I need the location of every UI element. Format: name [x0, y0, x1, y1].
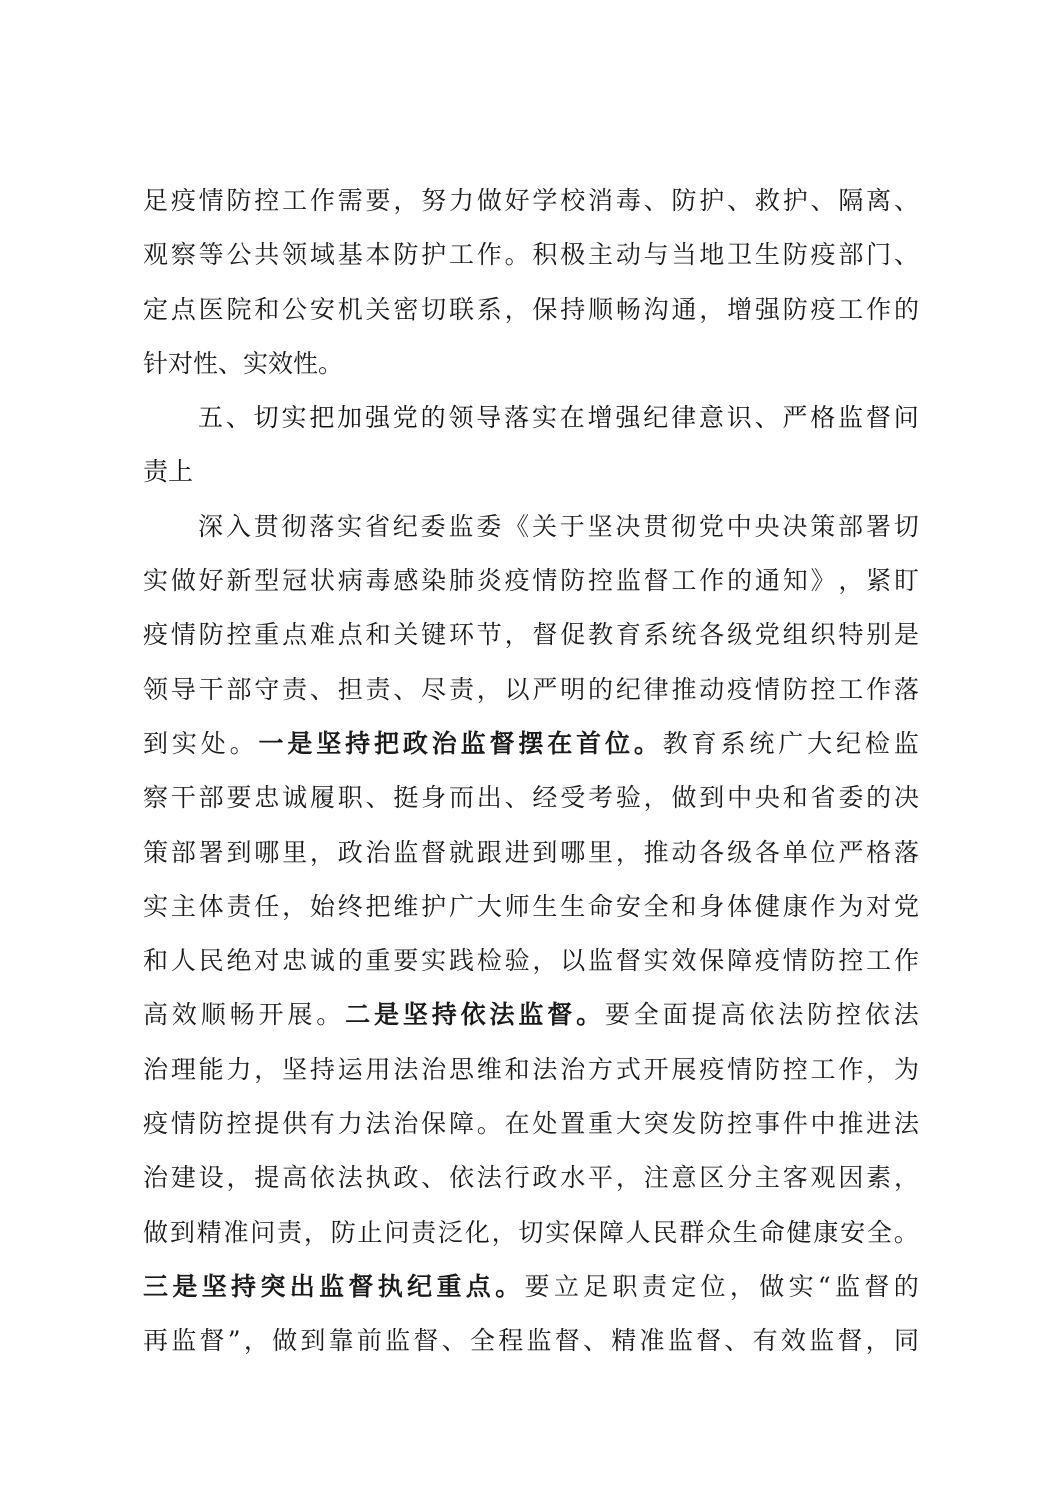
text-line: 三是坚持突出监督执纪重点。要立足职责定位，做实“监督的 [143, 1260, 919, 1314]
text-line: 定点医院和公安机关密切联系，保持顺畅沟通，增强防疫工作的 [143, 283, 919, 337]
text-line: 做到精准问责，防止问责泛化，切实保障人民群众生命健康安全。 [143, 1206, 919, 1260]
text-line: 深入贯彻落实省纪委监委《关于坚决贯彻党中央决策部署切 [143, 500, 919, 554]
text-line: 察干部要忠诚履职、挺身而出、经受考验，做到中央和省委的决 [143, 771, 919, 825]
text-line: 治理能力，坚持运用法治思维和法治方式开展疫情防控工作，为 [143, 1043, 919, 1097]
document-page: 足疫情防控工作需要，努力做好学校消毒、防护、救护、隔离、 观察等公共领域基本防护… [143, 174, 919, 1369]
heading-line: 五、切实把加强党的领导落实在增强纪律意识、严格监督问 [143, 391, 919, 445]
text-line: 再监督”，做到靠前监督、全程监督、精准监督、有效监督，同 [143, 1314, 919, 1368]
text-line: 针对性、实效性。 [143, 337, 919, 391]
text-line: 到实处。一是坚持把政治监督摆在首位。教育系统广大纪检监 [143, 717, 919, 771]
text-line: 实做好新型冠状病毒感染肺炎疫情防控监督工作的通知》，紧盯 [143, 554, 919, 608]
text-line: 实主体责任，始终把维护广大师生生命安全和身体健康作为对党 [143, 880, 919, 934]
text-line: 疫情防控提供有力法治保障。在处置重大突发防控事件中推进法 [143, 1097, 919, 1151]
text-line: 观察等公共领域基本防护工作。积极主动与当地卫生防疫部门、 [143, 228, 919, 282]
heading-line: 责上 [143, 445, 919, 499]
text-line: 高效顺畅开展。二是坚持依法监督。要全面提高依法防控依法 [143, 988, 919, 1042]
paragraph-continuation: 足疫情防控工作需要，努力做好学校消毒、防护、救护、隔离、 观察等公共领域基本防护… [143, 174, 919, 391]
body-paragraph: 深入贯彻落实省纪委监委《关于坚决贯彻党中央决策部署切实做好新型冠状病毒感染肺炎疫… [143, 500, 919, 1369]
text-line: 疫情防控重点难点和关键环节，督促教育系统各级党组织特别是 [143, 608, 919, 662]
section-heading: 五、切实把加强党的领导落实在增强纪律意识、严格监督问 责上 [143, 391, 919, 500]
text-line: 足疫情防控工作需要，努力做好学校消毒、防护、救护、隔离、 [143, 174, 919, 228]
text-line: 和人民绝对忠诚的重要实践检验，以监督实效保障疫情防控工作 [143, 934, 919, 988]
text-line: 策部署到哪里，政治监督就跟进到哪里，推动各级各单位严格落 [143, 826, 919, 880]
text-line: 治建设，提高依法执政、依法行政水平，注意区分主客观因素， [143, 1151, 919, 1205]
text-line: 领导干部守责、担责、尽责，以严明的纪律推动疫情防控工作落 [143, 663, 919, 717]
